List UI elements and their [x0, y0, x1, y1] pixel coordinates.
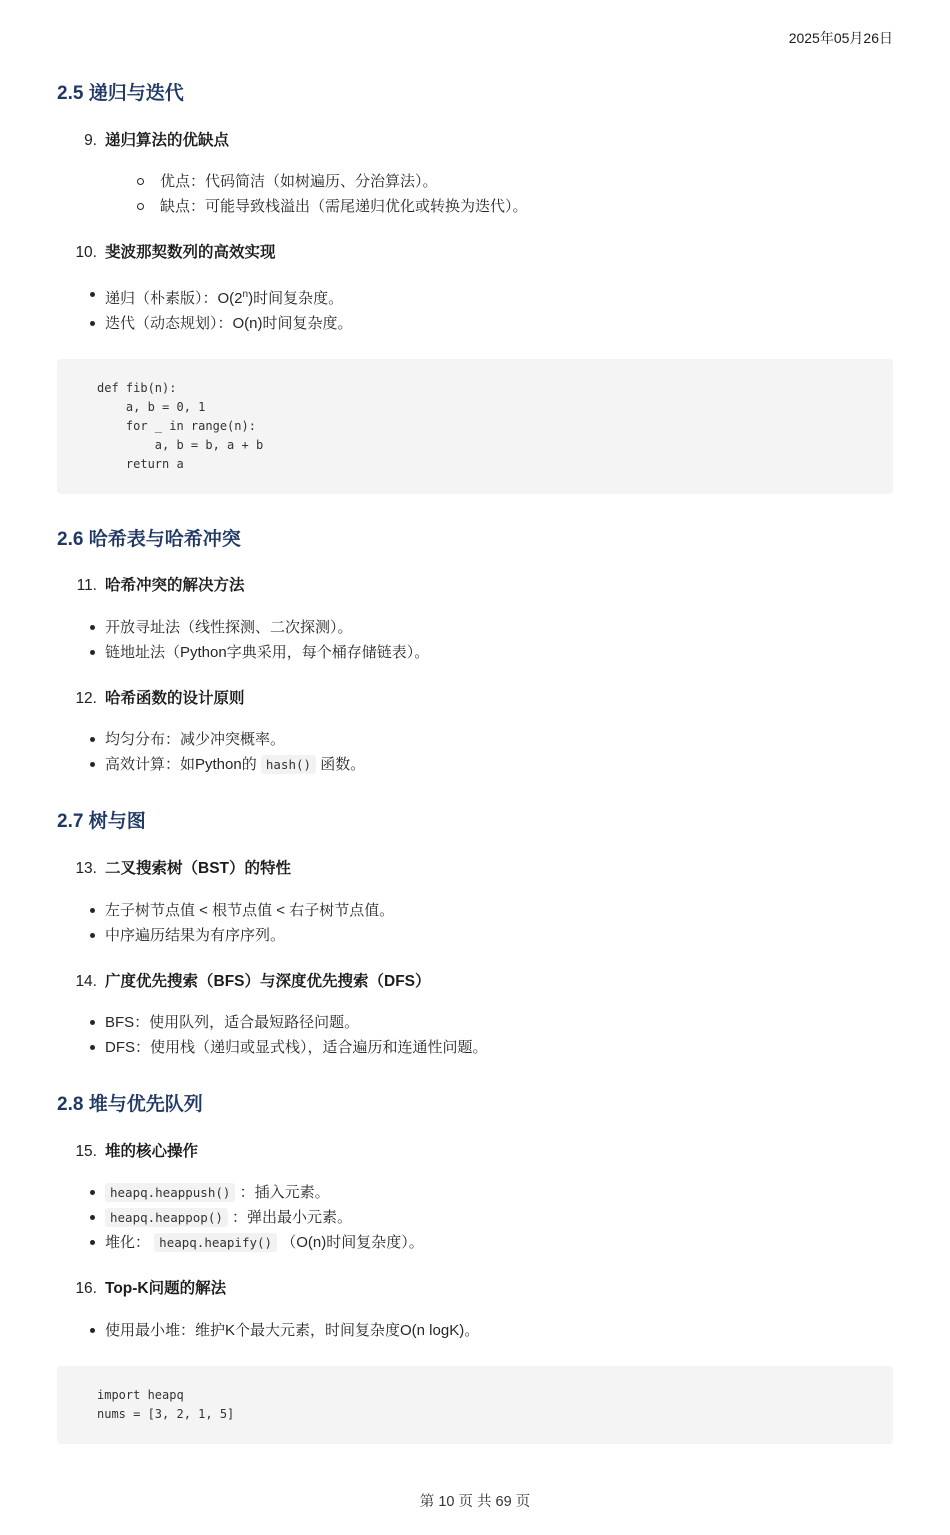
code-block-heapq: import heapq nums = [3, 2, 1, 5] [57, 1366, 893, 1444]
item-number: 11. [57, 575, 97, 597]
inline-code-heappop: heapq.heappop() [105, 1208, 228, 1227]
item-title: 斐波那契数列的高效实现 [105, 242, 276, 264]
bullet-item: 递归（朴素版）：O(2n)时间复杂度。 [88, 283, 893, 310]
item-number: 14. [57, 971, 97, 993]
section-heading-2-8: 2.8 堆与优先队列 [57, 1093, 893, 1117]
bullet-item: 中序遍历结果为有序序列。 [88, 924, 893, 947]
item-number: 13. [57, 858, 97, 880]
page-number-footer: 第 10 页 共 69 页 [57, 1490, 893, 1511]
item-title: 二叉搜索树（BST）的特性 [105, 858, 291, 880]
bullet-item: 均匀分布：减少冲突概率。 [88, 728, 893, 751]
item-number: 12. [57, 688, 97, 710]
bullet-item: 优点：代码简洁（如树遍历、分治算法）。 [135, 170, 893, 193]
bullet-item: 左子树节点值 < 根节点值 < 右子树节点值。 [88, 899, 893, 922]
numbered-item-9: 9. 递归算法的优缺点 [57, 130, 893, 152]
bullet-item: 使用最小堆：维护K个最大元素，时间复杂度O(n logK)。 [88, 1319, 893, 1342]
bullet-text: 高效计算：如Python的 [105, 756, 261, 773]
bullet-item: BFS：使用队列，适合最短路径问题。 [88, 1011, 893, 1034]
bullet-item: heapq.heappush() ：插入元素。 [88, 1181, 893, 1204]
item-number: 16. [57, 1278, 97, 1300]
item-number: 9. [57, 130, 97, 152]
document-page: 2025年05月26日 2.5 递归与迭代 9. 递归算法的优缺点 优点：代码简… [0, 0, 950, 1535]
section-heading-2-7: 2.7 树与图 [57, 810, 893, 834]
bullet-list-item13: 左子树节点值 < 根节点值 < 右子树节点值。 中序遍历结果为有序序列。 [57, 899, 893, 947]
bullet-text: ：弹出最小元素。 [228, 1209, 352, 1226]
bullet-text: 堆化： [105, 1234, 154, 1251]
inline-code-heappush: heapq.heappush() [105, 1183, 235, 1202]
numbered-item-12: 12. 哈希函数的设计原则 [57, 688, 893, 710]
code-block-fib: def fib(n): a, b = 0, 1 for _ in range(n… [57, 359, 893, 494]
item-title: 哈希函数的设计原则 [105, 688, 245, 710]
item-title: 广度优先搜索（BFS）与深度优先搜索（DFS） [105, 971, 431, 993]
bullet-list-item10: 递归（朴素版）：O(2n)时间复杂度。 迭代（动态规划）：O(n)时间复杂度。 [57, 283, 893, 335]
numbered-item-13: 13. 二叉搜索树（BST）的特性 [57, 858, 893, 880]
item-number: 10. [57, 242, 97, 264]
item-number: 15. [57, 1141, 97, 1163]
item-title: 哈希冲突的解决方法 [105, 575, 245, 597]
document-date: 2025年05月26日 [57, 28, 893, 48]
inline-code-heapify: heapq.heapify() [154, 1233, 277, 1252]
item-title: 递归算法的优缺点 [105, 130, 229, 152]
bullet-list-item12: 均匀分布：减少冲突概率。 高效计算：如Python的 hash() 函数。 [57, 728, 893, 776]
bullet-item: 迭代（动态规划）：O(n)时间复杂度。 [88, 312, 893, 335]
bullet-item: 开放寻址法（线性探测、二次探测）。 [88, 616, 893, 639]
numbered-item-14: 14. 广度优先搜索（BFS）与深度优先搜索（DFS） [57, 971, 893, 993]
bullet-item: 缺点：可能导致栈溢出（需尾递归优化或转换为迭代）。 [135, 195, 893, 218]
bullet-item: 堆化： heapq.heapify() （O(n)时间复杂度）。 [88, 1231, 893, 1254]
bullet-list-item9: 优点：代码简洁（如树遍历、分治算法）。 缺点：可能导致栈溢出（需尾递归优化或转换… [57, 170, 893, 218]
bullet-text: （O(n)时间复杂度）。 [277, 1234, 424, 1251]
bullet-item: 高效计算：如Python的 hash() 函数。 [88, 753, 893, 776]
section-heading-2-6: 2.6 哈希表与哈希冲突 [57, 528, 893, 552]
bullet-list-item11: 开放寻址法（线性探测、二次探测）。 链地址法（Python字典采用，每个桶存储链… [57, 616, 893, 664]
bullet-text: 函数。 [316, 756, 365, 773]
numbered-item-15: 15. 堆的核心操作 [57, 1141, 893, 1163]
bullet-item: 链地址法（Python字典采用，每个桶存储链表）。 [88, 641, 893, 664]
item-title: 堆的核心操作 [105, 1141, 198, 1163]
section-heading-2-5: 2.5 递归与迭代 [57, 82, 893, 106]
bullet-list-item16: 使用最小堆：维护K个最大元素，时间复杂度O(n logK)。 [57, 1319, 893, 1342]
bullet-text: 递归（朴素版）：O(2 [105, 290, 243, 307]
bullet-list-item14: BFS：使用队列，适合最短路径问题。 DFS：使用栈（递归或显式栈），适合遍历和… [57, 1011, 893, 1059]
bullet-text: )时间复杂度。 [248, 290, 343, 307]
numbered-item-10: 10. 斐波那契数列的高效实现 [57, 242, 893, 264]
numbered-item-16: 16. Top-K问题的解法 [57, 1278, 893, 1300]
bullet-text: ：插入元素。 [235, 1184, 329, 1201]
bullet-list-item15: heapq.heappush() ：插入元素。 heapq.heappop() … [57, 1181, 893, 1254]
bullet-item: DFS：使用栈（递归或显式栈），适合遍历和连通性问题。 [88, 1036, 893, 1059]
numbered-item-11: 11. 哈希冲突的解决方法 [57, 575, 893, 597]
item-title: Top-K问题的解法 [105, 1278, 226, 1300]
inline-code-hash: hash() [261, 755, 316, 774]
bullet-item: heapq.heappop() ：弹出最小元素。 [88, 1206, 893, 1229]
